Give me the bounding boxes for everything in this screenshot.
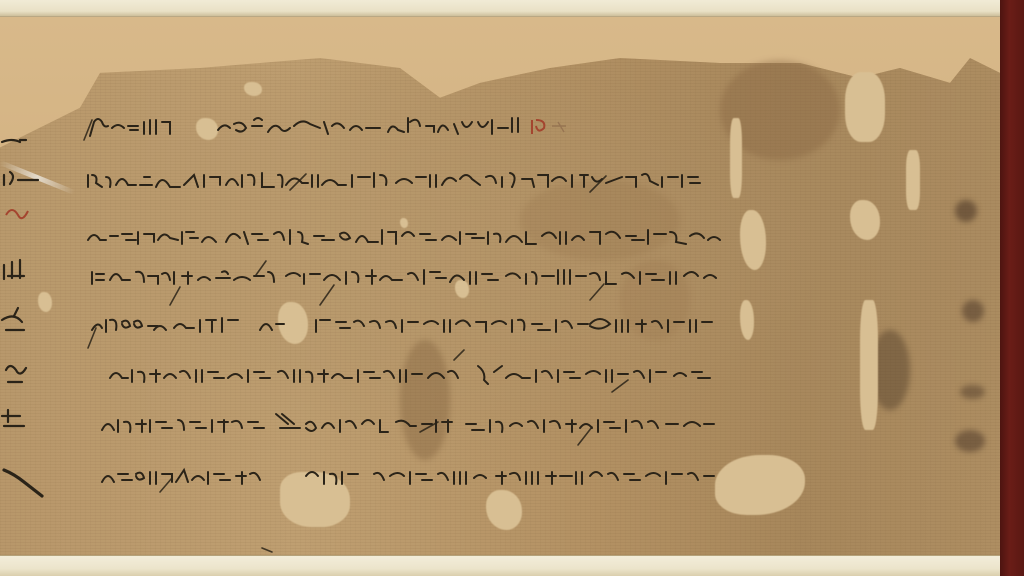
slanted-strokes <box>0 0 1024 576</box>
frame-right-edge <box>1000 0 1024 576</box>
mat-bottom-border <box>0 555 1000 576</box>
papyrus-photograph: Photograph of a papyrus sheet with eight… <box>0 0 1024 576</box>
